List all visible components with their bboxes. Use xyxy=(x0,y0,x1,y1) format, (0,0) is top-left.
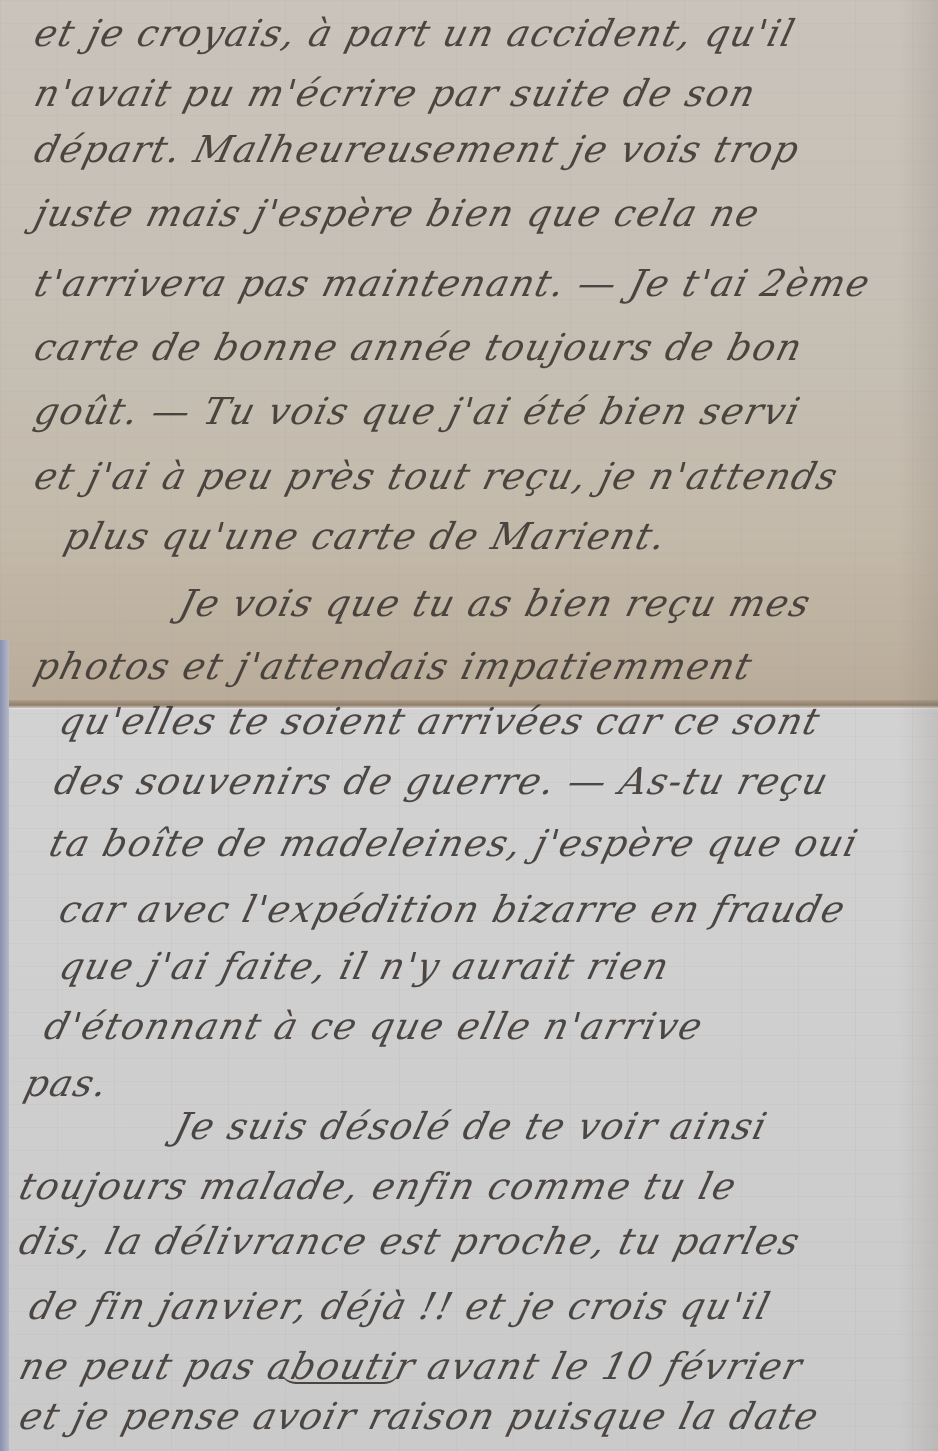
handwritten-line-22: de fin janvier, déjà !! et je crois qu'i… xyxy=(25,1285,775,1328)
handwritten-line-18: pas. xyxy=(20,1062,113,1105)
handwritten-line-2: n'avait pu m'écrire par suite de son xyxy=(30,72,761,115)
handwritten-line-7: goût. — Tu vois que j'ai été bien servi xyxy=(30,390,805,433)
handwritten-line-12: qu'elles te soient arrivées car ce sont xyxy=(55,700,825,743)
handwritten-line-14: ta boîte de madeleines, j'espère que oui xyxy=(45,822,863,865)
handwritten-line-13: des souvenirs de guerre. — As-tu reçu xyxy=(50,760,834,803)
handwritten-line-19: Je suis désolé de te voir ainsi xyxy=(170,1105,772,1148)
handwritten-line-23: ne peut pas aboutir avant le 10 février xyxy=(15,1345,808,1388)
handwritten-line-9: plus qu'une carte de Marient. xyxy=(60,515,671,558)
handwritten-line-17: d'étonnant à ce que elle n'arrive xyxy=(40,1005,708,1048)
paper-shadow-right xyxy=(898,0,938,1451)
handwritten-line-3: départ. Malheureusement je vois trop xyxy=(30,128,805,171)
handwritten-line-10: Je vois que tu as bien reçu mes xyxy=(175,582,816,625)
handwritten-line-6: carte de bonne année toujours de bon xyxy=(30,326,808,369)
handwritten-line-20: toujours malade, enfin comme tu le xyxy=(15,1165,742,1208)
handwritten-line-4: juste mais j'espère bien que cela ne xyxy=(30,192,765,235)
handwritten-line-8: et j'ai à peu près tout reçu, je n'atten… xyxy=(30,455,843,498)
handwritten-line-24: et je pense avoir raison puisque la date xyxy=(15,1395,824,1438)
handwritten-line-11: photos et j'attendais impatiemment xyxy=(30,645,757,688)
word-underline xyxy=(280,1368,400,1384)
handwritten-line-21: dis, la délivrance est proche, tu parles xyxy=(15,1220,805,1263)
background-edge-left xyxy=(0,640,9,1451)
handwritten-line-5: t'arrivera pas maintenant. — Je t'ai 2èm… xyxy=(30,262,875,305)
handwritten-line-16: que j'ai faite, il n'y aurait rien xyxy=(55,945,675,988)
handwritten-line-1: et je croyais, à part un accident, qu'il xyxy=(30,12,800,55)
handwritten-line-15: car avec l'expédition bizarre en fraude xyxy=(55,888,851,931)
letter-page: et je croyais, à part un accident, qu'il… xyxy=(0,0,938,1451)
paper-lower-half xyxy=(0,708,938,1451)
